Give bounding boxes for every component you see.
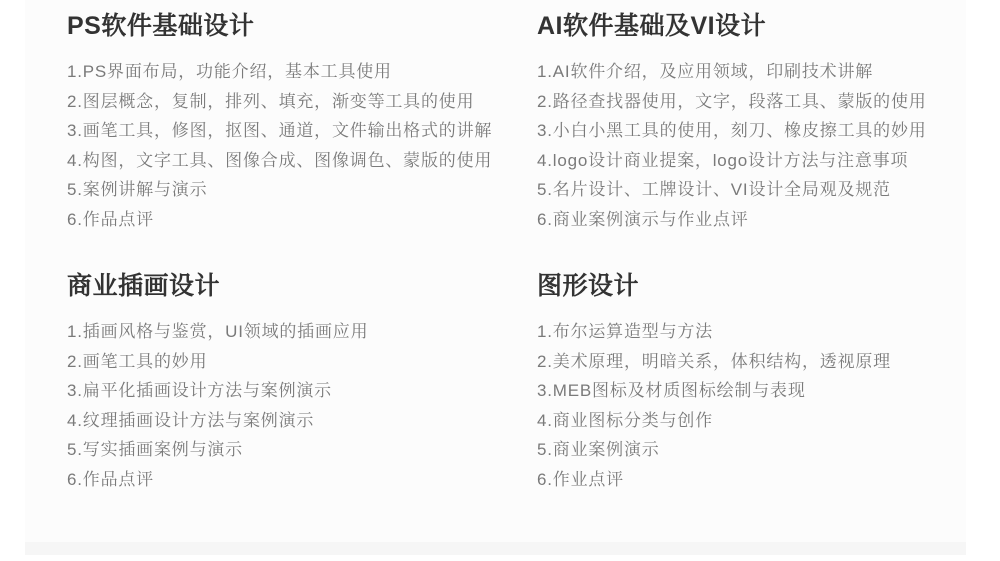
course-item: 5.写实插画案例与演示 [67,435,527,465]
course-item: 5.商业案例演示 [537,435,997,465]
course-item: 3.画笔工具，修图，抠图、通道，文件输出格式的讲解 [67,116,527,146]
section-ai-vi-design: AI软件基础及VI设计 1.AI软件介绍，及应用领域，印刷技术讲解 2.路径查找… [537,11,997,234]
course-outline-list: 1.AI软件介绍，及应用领域，印刷技术讲解 2.路径查找器使用，文字，段落工具、… [537,57,997,234]
course-item: 3.扁平化插画设计方法与案例演示 [67,376,527,406]
course-item: 6.作品点评 [67,205,527,235]
course-item: 5.名片设计、工牌设计、VI设计全局观及规范 [537,175,997,205]
course-item: 2.图层概念，复制，排列、填充，渐变等工具的使用 [67,87,527,117]
section-title: 图形设计 [537,271,997,301]
section-ps-basic-design: PS软件基础设计 1.PS界面布局，功能介绍，基本工具使用 2.图层概念，复制，… [67,11,527,234]
course-item: 1.插画风格与鉴赏，UI领域的插画应用 [67,317,527,347]
course-item: 4.纹理插画设计方法与案例演示 [67,406,527,436]
course-outline-page: PS软件基础设计 1.PS界面布局，功能介绍，基本工具使用 2.图层概念，复制，… [0,0,1000,561]
footer-band [25,542,966,555]
course-item: 4.商业图标分类与创作 [537,406,997,436]
course-item: 1.AI软件介绍，及应用领域，印刷技术讲解 [537,57,997,87]
course-item: 1.PS界面布局，功能介绍，基本工具使用 [67,57,527,87]
course-item: 2.美术原理，明暗关系，体积结构，透视原理 [537,347,997,377]
course-item: 2.画笔工具的妙用 [67,347,527,377]
section-title: 商业插画设计 [67,271,527,301]
course-outline-list: 1.插画风格与鉴赏，UI领域的插画应用 2.画笔工具的妙用 3.扁平化插画设计方… [67,317,527,494]
course-item: 3.小白小黑工具的使用，刻刀、橡皮擦工具的妙用 [537,116,997,146]
course-item: 1.布尔运算造型与方法 [537,317,997,347]
course-item: 2.路径查找器使用，文字，段落工具、蒙版的使用 [537,87,997,117]
section-graphic-design: 图形设计 1.布尔运算造型与方法 2.美术原理，明暗关系，体积结构，透视原理 3… [537,271,997,494]
course-item: 6.商业案例演示与作业点评 [537,205,997,235]
course-item: 4.logo设计商业提案，logo设计方法与注意事项 [537,146,997,176]
course-item: 6.作业点评 [537,465,997,495]
course-item: 5.案例讲解与演示 [67,175,527,205]
course-outline-list: 1.布尔运算造型与方法 2.美术原理，明暗关系，体积结构，透视原理 3.MEB图… [537,317,997,494]
course-outline-list: 1.PS界面布局，功能介绍，基本工具使用 2.图层概念，复制，排列、填充，渐变等… [67,57,527,234]
course-item: 6.作品点评 [67,465,527,495]
section-commercial-illustration: 商业插画设计 1.插画风格与鉴赏，UI领域的插画应用 2.画笔工具的妙用 3.扁… [67,271,527,494]
section-title: PS软件基础设计 [67,11,527,41]
course-item: 4.构图，文字工具、图像合成、图像调色、蒙版的使用 [67,146,527,176]
course-item: 3.MEB图标及材质图标绘制与表现 [537,376,997,406]
section-title: AI软件基础及VI设计 [537,11,997,41]
